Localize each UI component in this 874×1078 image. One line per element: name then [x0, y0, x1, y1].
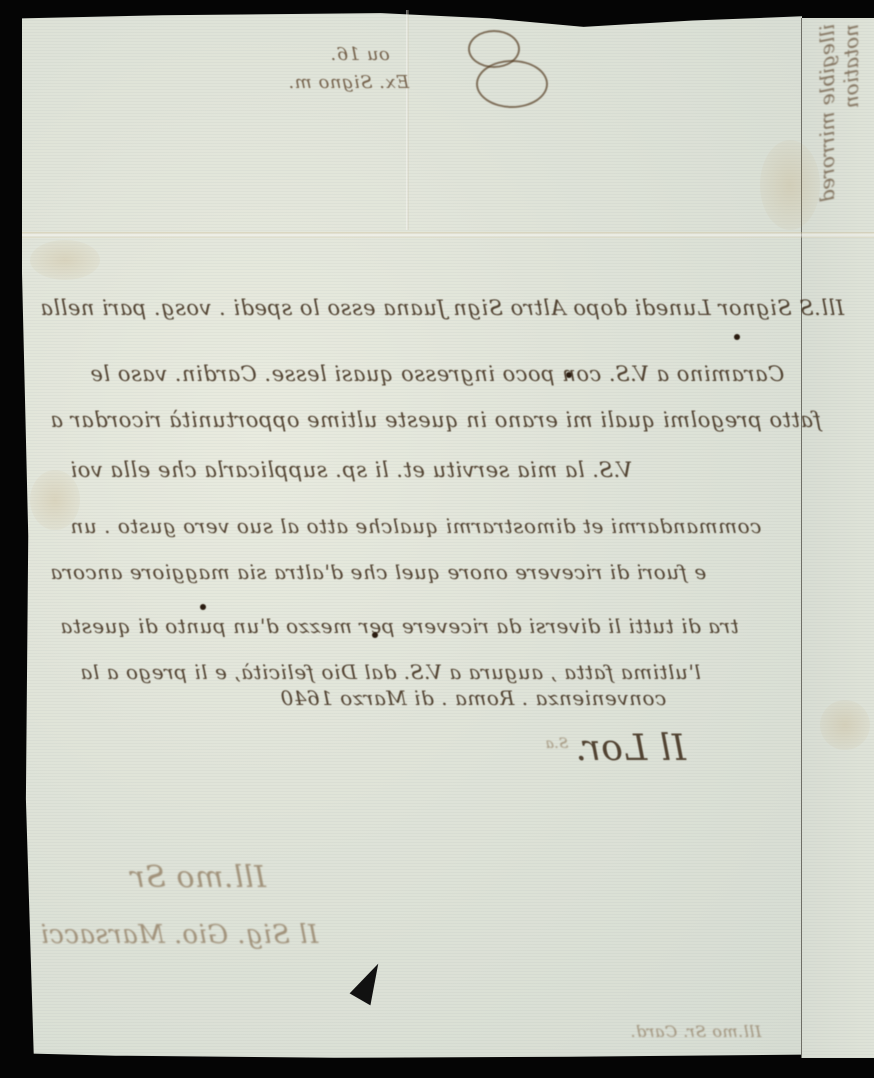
ink-blot: [734, 334, 740, 340]
paper-stain: [820, 700, 870, 750]
flourish-icon: [476, 60, 548, 108]
body-line: tra di tutti li diversi da ricevere per …: [60, 614, 739, 638]
body-line: commandarmi et dimostrarmi qualche atto …: [70, 514, 761, 538]
signature: Il Lor.: [575, 728, 686, 769]
flap-notation: illegible mirrored notation: [815, 24, 867, 234]
paper-stain: [30, 240, 100, 280]
body-line: Caramino a V.S. con poco ingresso quasi …: [90, 362, 784, 386]
address-line-2: Il Sig. Gio. Marsacci: [40, 920, 318, 950]
ink-blot: [200, 604, 206, 610]
body-line: e fuori di ricevere onore quel che d'alt…: [50, 560, 706, 584]
vertical-fold-crease: [406, 10, 409, 230]
body-line: convenienza . Roma . di Marzo 1640: [280, 686, 666, 710]
closing-salutation: S.a: [545, 736, 568, 752]
horizontal-fold-crease: [22, 232, 874, 238]
ink-blot: [566, 372, 572, 378]
paper-stain: [760, 140, 820, 230]
footer-note: Ill.mo Sr. Card.: [630, 1022, 761, 1041]
body-line: Ill.S Signor Lunedi dopo Altro Sign Juan…: [40, 296, 844, 320]
header-note-line-2: Ex. Signo m.: [288, 72, 409, 93]
body-line: fatto pregolmi quali mi erano in queste …: [50, 408, 821, 432]
ink-blot: [372, 632, 378, 638]
body-line: l'ultima fatta , augura a V.S. dal Dio f…: [80, 660, 701, 684]
header-note-line-1: ou 16.: [330, 44, 390, 65]
body-line: V.S. la mia servitu et. li sp. supplicar…: [70, 458, 632, 482]
address-line-1: Ill.mo Sr: [130, 860, 266, 895]
